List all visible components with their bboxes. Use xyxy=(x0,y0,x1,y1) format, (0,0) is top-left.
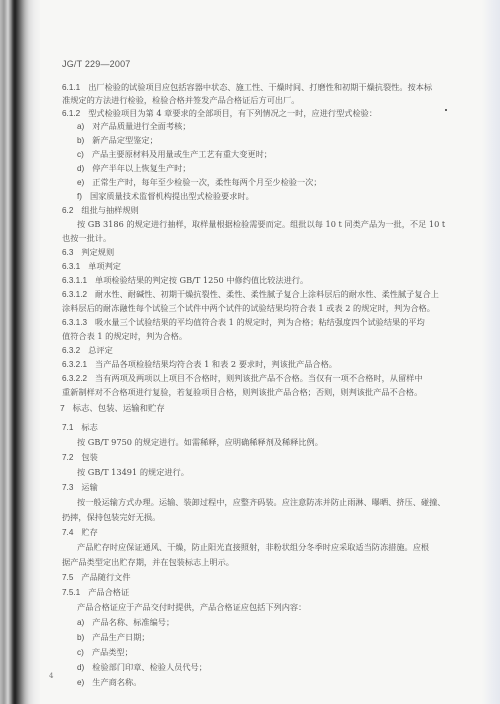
clause-number: 6.2 xyxy=(62,206,73,215)
clause-number: 7.4 xyxy=(62,528,73,537)
text-line: 扔摔，保持包装完好无损。 xyxy=(62,512,160,522)
clause-text: 产品贮存时应保证通风、干燥，防止阳光直接照射，非粉状组分冬季时应采取适当防冻措施… xyxy=(77,542,429,552)
clause-number: 6.3 xyxy=(62,248,73,257)
clause-line: 7.1标志 xyxy=(62,422,98,433)
clause-text: 也按一批计。 xyxy=(62,233,111,243)
clause-line: 7标志、包装、运输和贮存 xyxy=(60,403,165,413)
text-line: 重新制样对不合格项进行复验，若复验项目合格，则判该批产品合格；否则，则判该批产品… xyxy=(62,387,422,397)
clause-line: 6.3.2总评定 xyxy=(62,345,113,356)
text-line: 产品合格证应于产品交付时提供，产品合格证应包括下列内容： xyxy=(77,602,306,612)
clause-number: 6.3.2.1 xyxy=(62,360,87,369)
clause-number: b) xyxy=(77,633,84,642)
clause-text: 国家质量技术监督机构提出型式检验要求时。 xyxy=(90,191,254,201)
clause-line: 7.5产品随行文件 xyxy=(62,572,131,583)
page-number: 4 xyxy=(49,672,53,680)
clause-number: 7.1 xyxy=(62,423,73,432)
clause-line: c)产品类型； xyxy=(77,647,133,658)
clause-text: 产品类型； xyxy=(92,647,133,657)
clause-text: 出厂检验的试验项目应包括容器中状态、施工性、干燥时间、打磨性和初期干燥抗裂性。按… xyxy=(88,82,432,92)
clause-text: 对产品质量进行全面考核； xyxy=(92,121,190,131)
clause-number: a) xyxy=(77,122,84,131)
clause-line: f)国家质量技术监督机构提出型式检验要求时。 xyxy=(77,191,254,202)
text-line: 按 GB/T 13491 的规定进行。 xyxy=(77,467,189,477)
clause-line: 7.2包装 xyxy=(62,452,98,463)
clause-text: 新产品定型鉴定； xyxy=(92,135,158,145)
text-line: 据产品类型定出贮存期，并在包装标志上明示。 xyxy=(62,557,234,567)
clause-text: 产品合格证应于产品交付时提供，产品合格证应包括下列内容： xyxy=(77,602,306,612)
clause-text: 准规定的方法进行检验，检验合格并签发产品合格证后方可出厂。 xyxy=(62,95,299,105)
clause-text: 产品生产日期； xyxy=(92,632,149,642)
text-line: 准规定的方法进行检验，检验合格并签发产品合格证后方可出厂。 xyxy=(62,95,299,105)
clause-line: 7.3运输 xyxy=(62,482,98,493)
clause-number: 6.1.2 xyxy=(62,109,80,118)
clause-text: 当有两项及两项以上项目不合格时，则判该批产品不合格。当仅有一项不合格时，从留样中 xyxy=(95,373,423,383)
clause-text: 包装 xyxy=(81,452,97,462)
clause-line: e)正常生产时，每年至少检验一次，柔性每两个月至少检验一次； xyxy=(77,177,322,188)
clause-text: 型式检验项目为第 4 章要求的全部项目，有下列情况之一时，应进行型式检验： xyxy=(88,108,377,118)
clause-text: 贮存 xyxy=(81,527,97,537)
clause-number: 7 xyxy=(60,403,65,413)
clause-line: 6.1.2型式检验项目为第 4 章要求的全部项目，有下列情况之一时，应进行型式检… xyxy=(62,108,377,119)
clause-number: c) xyxy=(77,150,84,159)
clause-text: 判定规则 xyxy=(81,247,114,257)
clause-number: 7.5 xyxy=(62,573,73,582)
clause-text: 生产商名称。 xyxy=(92,677,141,687)
clause-text: 按 GB 3186 的规定进行抽样，取样量根据检验需要而定。组批以每 10 t … xyxy=(77,219,445,229)
clause-line: c)产品主要原材料及用量或生产工艺有重大变更时； xyxy=(77,149,272,160)
clause-text: 产品随行文件 xyxy=(81,572,130,582)
page-edge xyxy=(482,0,500,704)
clause-number: 6.3.1.1 xyxy=(62,276,87,285)
book-spine-shadow xyxy=(0,0,40,704)
clause-text: 当产品各项检验结果均符合表 1 和表 2 要求时，判该批产品合格。 xyxy=(95,359,337,369)
clause-text: 按 GB/T 13491 的规定进行。 xyxy=(77,467,189,477)
clause-number: c) xyxy=(77,648,84,657)
clause-line: 6.3.2.2当有两项及两项以上项目不合格时，则判该批产品不合格。当仅有一项不合… xyxy=(62,373,423,384)
clause-number: 6.3.1.2 xyxy=(62,290,87,299)
clause-text: 吸水量三个试验结果的平均值符合表 1 的规定时，判为合格；粘结强度四个试验结果的… xyxy=(95,317,425,327)
clause-text: 检验部门印章、检验人员代号； xyxy=(92,662,207,672)
text-line: 也按一批计。 xyxy=(62,233,111,243)
clause-text: 正常生产时，每年至少检验一次，柔性每两个月至少检验一次； xyxy=(92,177,321,187)
clause-text: 产品名称、标准编号； xyxy=(92,617,174,627)
clause-text: 按 GB/T 9750 的规定进行。如需稀释，应明确稀释剂及稀释比例。 xyxy=(77,437,323,447)
clause-line: 6.3.1.1单项检验结果的判定按 GB/T 1250 中修约值比较法进行。 xyxy=(62,275,308,286)
clause-line: 6.3.2.1当产品各项检验结果均符合表 1 和表 2 要求时，判该批产品合格。 xyxy=(62,359,337,370)
clause-number: e) xyxy=(77,678,84,687)
clause-text: 标志、包装、运输和贮存 xyxy=(73,403,165,413)
speck xyxy=(445,109,447,111)
clause-line: 6.3.1.2耐水性、耐碱性、初期干燥抗裂性、柔性、柔性腻子复合上涂料层后的耐水… xyxy=(62,289,439,300)
clause-text: 重新制样对不合格项进行复验，若复验项目合格，则判该批产品合格；否则，则判该批产品… xyxy=(62,387,422,397)
text-line: 按 GB/T 9750 的规定进行。如需稀释，应明确稀释剂及稀释比例。 xyxy=(77,437,323,447)
clause-text: 产品合格证 xyxy=(88,587,129,597)
clause-number: 6.3.2.2 xyxy=(62,374,87,383)
clause-line: 6.2组批与抽样规则 xyxy=(62,205,139,216)
clause-number: 6.3.2 xyxy=(62,346,80,355)
text-line: 产品贮存时应保证通风、干燥，防止阳光直接照射，非粉状组分冬季时应采取适当防冻措施… xyxy=(77,542,429,552)
clause-line: 6.3.1.3吸水量三个试验结果的平均值符合表 1 的规定时，判为合格；粘结强度… xyxy=(62,317,425,328)
standard-header: JG/T 229—2007 xyxy=(62,59,130,69)
clause-line: d)检验部门印章、检验人员代号； xyxy=(77,662,207,673)
clause-text: 据产品类型定出贮存期，并在包装标志上明示。 xyxy=(62,557,234,567)
clause-text: 单项检验结果的判定按 GB/T 1250 中修约值比较法进行。 xyxy=(95,275,308,285)
clause-text: 总评定 xyxy=(88,345,113,355)
clause-number: e) xyxy=(77,178,84,187)
clause-number: 6.3.1.3 xyxy=(62,318,87,327)
clause-text: 停产半年以上恢复生产时； xyxy=(92,163,190,173)
clause-number: d) xyxy=(77,663,84,672)
text-line: 涂料层后的耐冻融性每个试验三个试件中两个试件的试验结果均符合表 1 或表 2 的… xyxy=(62,303,435,313)
clause-line: e)生产商名称。 xyxy=(77,677,141,688)
clause-line: 7.4贮存 xyxy=(62,527,98,538)
clause-text: 涂料层后的耐冻融性每个试验三个试件中两个试件的试验结果均符合表 1 或表 2 的… xyxy=(62,303,435,313)
clause-line: b)产品生产日期； xyxy=(77,632,150,643)
clause-text: 单项判定 xyxy=(88,261,121,271)
clause-number: 7.3 xyxy=(62,483,73,492)
clause-line: a)产品名称、标准编号； xyxy=(77,617,174,628)
text-line: 值符合表 1 的规定时，判为合格。 xyxy=(62,331,187,341)
clause-number: d) xyxy=(77,164,84,173)
clause-line: a)对产品质量进行全面考核； xyxy=(77,121,191,132)
clause-text: 标志 xyxy=(81,422,97,432)
document-page: JG/T 229—2007 6.1.1出厂检验的试验项目应包括容器中状态、施工性… xyxy=(62,0,482,704)
clause-line: 6.3.1单项判定 xyxy=(62,261,121,272)
clause-line: d)停产半年以上恢复生产时； xyxy=(77,163,191,174)
clause-text: 运输 xyxy=(81,482,97,492)
clause-text: 扔摔，保持包装完好无损。 xyxy=(62,512,160,522)
clause-text: 产品主要原材料及用量或生产工艺有重大变更时； xyxy=(92,149,272,159)
clause-number: 7.2 xyxy=(62,453,73,462)
clause-number: f) xyxy=(77,192,82,201)
text-line: 按 GB 3186 的规定进行抽样，取样量根据检验需要而定。组批以每 10 t … xyxy=(77,219,445,229)
clause-text: 按一般运输方式办理。运输、装卸过程中，应整齐码装。应注意防冻并防止雨淋、曝晒、挤… xyxy=(77,497,445,507)
clause-number: 6.1.1 xyxy=(62,83,80,92)
clause-line: b)新产品定型鉴定； xyxy=(77,135,158,146)
clause-line: 6.3判定规则 xyxy=(62,247,114,258)
clause-line: 7.5.1产品合格证 xyxy=(62,587,129,598)
clause-number: a) xyxy=(77,618,84,627)
clause-text: 耐水性、耐碱性、初期干燥抗裂性、柔性、柔性腻子复合上涂料层后的耐水性、柔性腻子复… xyxy=(95,289,439,299)
clause-text: 组批与抽样规则 xyxy=(81,205,138,215)
clause-number: 7.5.1 xyxy=(62,588,80,597)
clause-number: 6.3.1 xyxy=(62,262,80,271)
text-line: 按一般运输方式办理。运输、装卸过程中，应整齐码装。应注意防冻并防止雨淋、曝晒、挤… xyxy=(77,497,445,507)
clause-number: b) xyxy=(77,136,84,145)
clause-text: 值符合表 1 的规定时，判为合格。 xyxy=(62,331,187,341)
clause-line: 6.1.1出厂检验的试验项目应包括容器中状态、施工性、干燥时间、打磨性和初期干燥… xyxy=(62,82,432,93)
